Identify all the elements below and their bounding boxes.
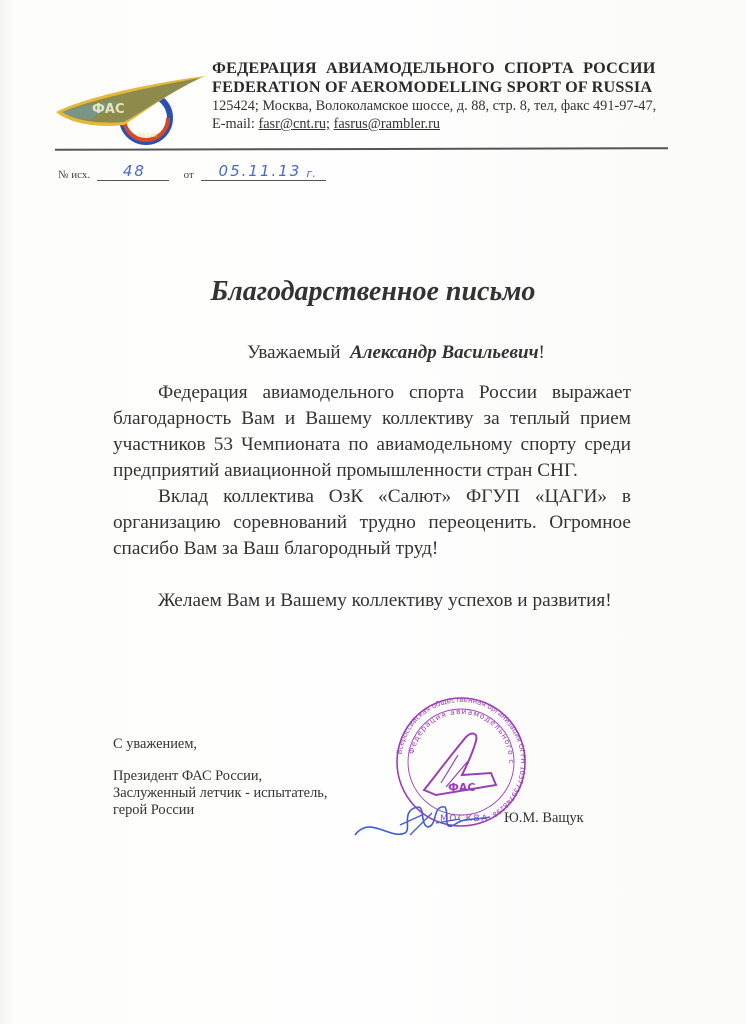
reference-line: № исх. 48 от 05.11.13 г. bbox=[58, 168, 326, 181]
svg-text:Федерация авиамодельного спорт: Федерация авиамодельного спорта России bbox=[396, 695, 516, 765]
ref-date-label: от bbox=[184, 169, 194, 181]
svg-text:ФАС: ФАС bbox=[92, 102, 125, 117]
ref-number-value: 48 bbox=[123, 162, 146, 180]
ref-number-field: 48 bbox=[97, 168, 169, 181]
closing: С уважением, bbox=[113, 736, 327, 753]
letterhead: ФЕДЕРАЦИЯ АВИАМОДЕЛЬНОГО СПОРТА РОССИИ F… bbox=[212, 59, 682, 133]
salutation: Уважаемый Александр Васильевич! bbox=[0, 342, 746, 364]
signer-title-3: герой России bbox=[113, 802, 327, 819]
signer-title-2: Заслуженный летчик - испытатель, bbox=[113, 785, 327, 802]
svg-text:РОССИИ: РОССИИ bbox=[138, 133, 157, 139]
ref-date-suffix: г. bbox=[307, 167, 316, 180]
salutation-end: ! bbox=[539, 342, 545, 363]
ref-number-label: № исх. bbox=[58, 169, 90, 181]
email-link-1[interactable]: fasr@cnt.ru; bbox=[258, 116, 330, 132]
signer-title-1: Президент ФАС России, bbox=[113, 768, 327, 785]
ref-date-value: 05.11.13 bbox=[219, 162, 302, 180]
salutation-prefix: Уважаемый bbox=[247, 342, 340, 363]
paragraph-2: Вклад коллектива ОзК «Салют» ФГУП «ЦАГИ»… bbox=[113, 484, 631, 562]
org-name-ru: ФЕДЕРАЦИЯ АВИАМОДЕЛЬНОГО СПОРТА РОССИИ bbox=[212, 59, 682, 78]
recipient-name: Александр Васильевич bbox=[350, 342, 539, 363]
signer-name: Ю.М. Ващук bbox=[504, 810, 584, 827]
handwritten-signature-icon bbox=[350, 795, 510, 845]
paragraph-3: Желаем Вам и Вашему коллективу успехов и… bbox=[113, 588, 631, 614]
org-email: E-mail: fasr@cnt.ru; fasrus@rambler.ru bbox=[212, 115, 682, 133]
letter-page: ФАС РОССИИ ФЕДЕРАЦИЯ АВИАМОДЕЛЬНОГО СПОР… bbox=[0, 0, 746, 1024]
ref-date-field: 05.11.13 г. bbox=[201, 168, 326, 181]
org-name-en: FEDERATION OF AEROMODELLING SPORT OF RUS… bbox=[212, 78, 682, 97]
header-divider bbox=[55, 147, 668, 150]
fas-logo-icon: ФАС РОССИИ bbox=[50, 70, 210, 150]
paragraph-1: Федерация авиамодельного спорта России в… bbox=[113, 380, 631, 484]
letter-title: Благодарственное письмо bbox=[0, 276, 746, 308]
letter-body: Федерация авиамодельного спорта России в… bbox=[113, 380, 631, 614]
signature-block: С уважением, Президент ФАС России, Заслу… bbox=[113, 736, 327, 819]
org-address: 125424; Москва, Волоколамское шоссе, д. … bbox=[212, 97, 682, 115]
email-link-2[interactable]: fasrus@rambler.ru bbox=[334, 116, 440, 132]
email-label: E-mail: bbox=[212, 116, 258, 132]
svg-text:ФАС: ФАС bbox=[448, 781, 476, 794]
